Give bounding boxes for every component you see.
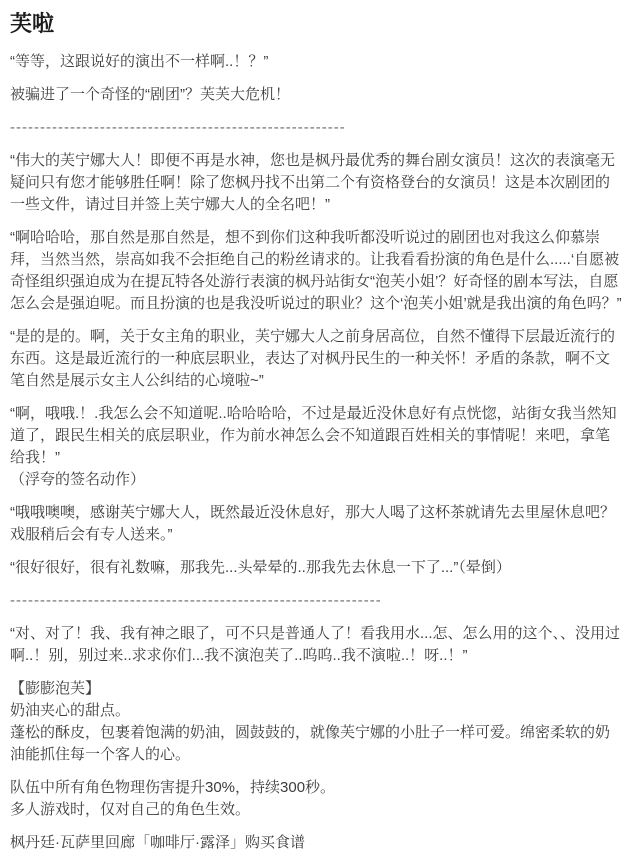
dish-description-line: 蓬松的酥皮，包裹着饱满的奶油，圆鼓鼓的，就像芙宁娜的小肚子一样可爱。绵密柔软的奶… xyxy=(10,722,622,766)
dialogue-paragraph-troupe-tea: “哦哦噢噢，感谢芙宁娜大人，既然最近没休息好，那大人喝了这杯茶就请先去里屋休息吧… xyxy=(10,502,622,546)
separator-line: ----------------------------------------… xyxy=(10,117,622,139)
dialogue-paragraph-furina-reads: “啊哈哈哈，那自然是那自然是，想不到你们这种我听都没听说过的剧团也对我这么仰慕崇… xyxy=(10,227,622,315)
stage-direction-line: （浮夸的签名动作） xyxy=(10,469,622,491)
dish-effect-block: 队伍中所有角色物理伤害提升30%，持续300秒。 多人游戏时，仅对自己的角色生效… xyxy=(10,777,622,821)
recipe-source-line: 枫丹廷·瓦萨里回廊「咖啡厅·露泽」购买食谱 xyxy=(10,832,622,854)
page-title: 芙啦 xyxy=(10,8,622,40)
dialogue-paragraph-troupe-explains: “是的是的。啊，关于女主角的职业，芙宁娜大人之前身居高位，自然不懂得下层最近流行… xyxy=(10,326,622,392)
dialogue-paragraph-furina-panic: “对、对了！我、我有神之眼了，可不只是普通人了！看我用水...怎、怎么用的这个、… xyxy=(10,623,622,667)
dish-coop-note-line: 多人游戏时，仅对自己的角色生效。 xyxy=(10,799,622,821)
dish-info-block: 【膨膨泡芙】 奶油夹心的甜点。 蓬松的酥皮，包裹着饱满的奶油，圆鼓鼓的，就像芙宁… xyxy=(10,678,622,766)
dish-effect-line: 队伍中所有角色物理伤害提升30%，持续300秒。 xyxy=(10,777,622,799)
article: 芙啦 “等等，这跟说好的演出不一样啊..！？” 被骗进了一个奇怪的“剧团”？芙芙… xyxy=(10,8,622,854)
dialogue-paragraph-furina-signs: “啊，哦哦.！.我怎么会不知道呢..哈哈哈哈，不过是最近没休息好有点恍惚，站街女… xyxy=(10,403,622,491)
separator-line: ----------------------------------------… xyxy=(10,590,622,612)
intro-quote-paragraph: “等等，这跟说好的演出不一样啊..！？” xyxy=(10,51,622,73)
dialogue-paragraph-troupe: “伟大的芙宁娜大人！即便不再是水神，您也是枫丹最优秀的舞台剧女演员！这次的表演毫… xyxy=(10,150,622,216)
dialogue-paragraph-furina-faints: “很好很好，很有礼数嘛，那我先...头晕晕的..那我先去休息一下了...”（晕倒… xyxy=(10,557,622,579)
dish-type-line: 奶油夹心的甜点。 xyxy=(10,700,622,722)
dish-name: 【膨膨泡芙】 xyxy=(10,678,622,700)
dialogue-line: “啊，哦哦.！.我怎么会不知道呢..哈哈哈哈，不过是最近没休息好有点恍惚，站街女… xyxy=(10,403,622,469)
intro-summary-paragraph: 被骗进了一个奇怪的“剧团”？芙芙大危机！ xyxy=(10,84,622,106)
